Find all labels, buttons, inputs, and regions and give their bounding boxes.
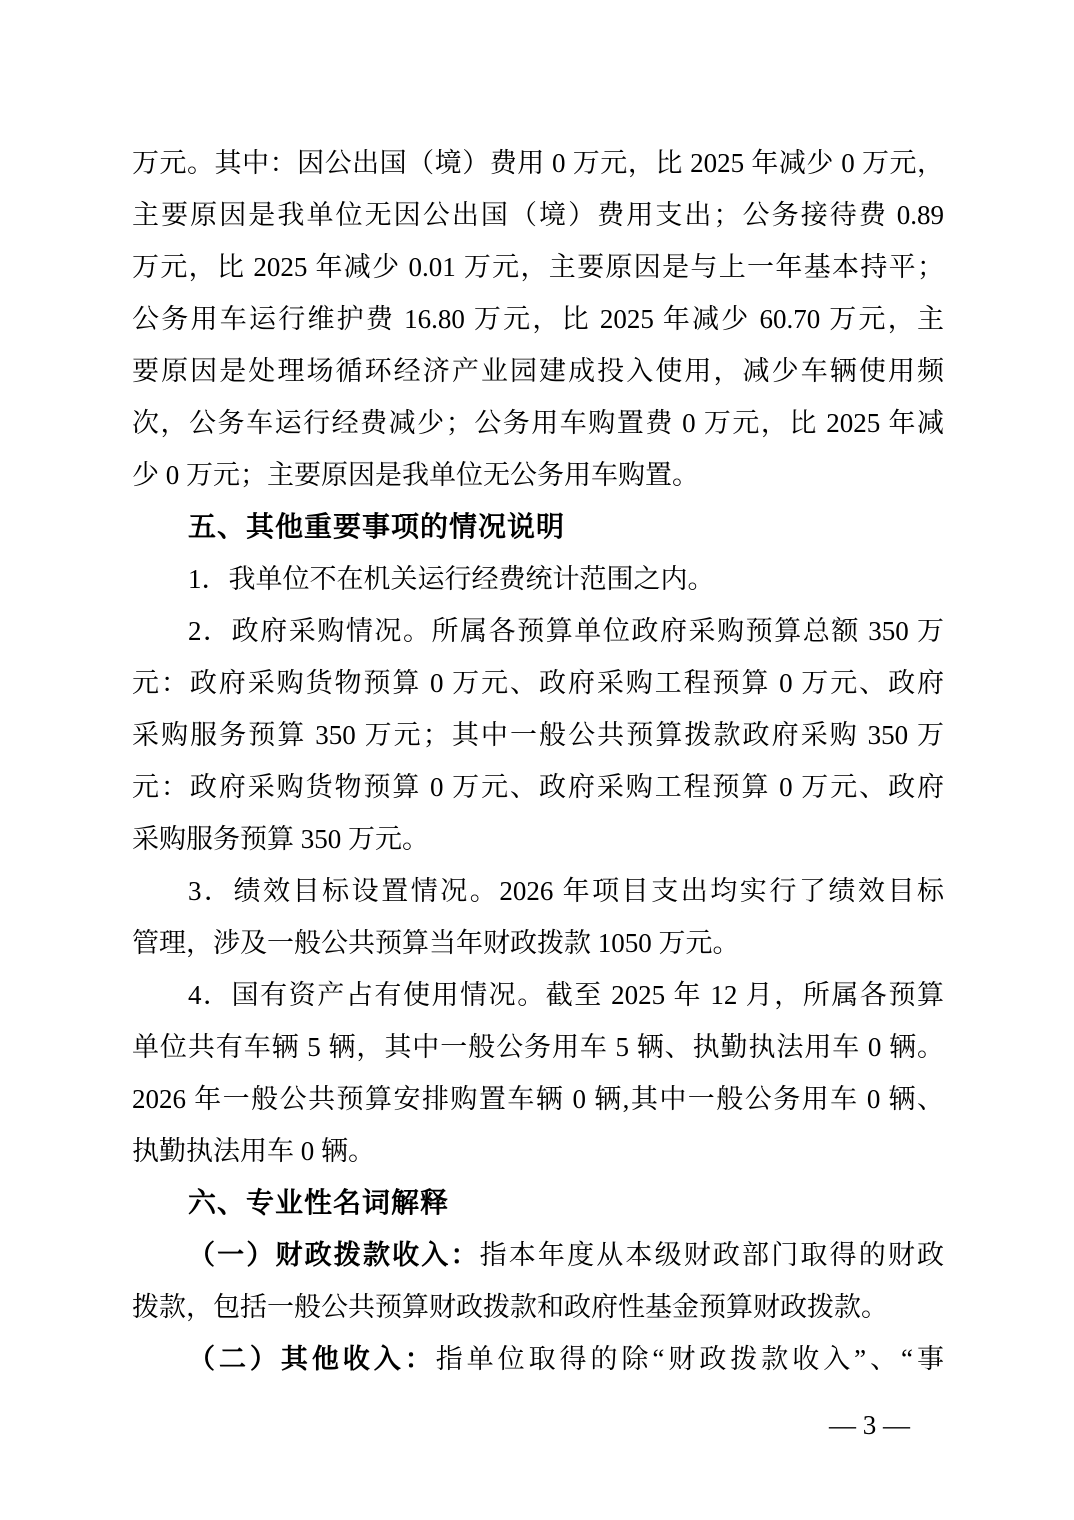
defined-term: （一）财政拨款收入：	[188, 1240, 480, 1270]
body-line-item-2: 2．政府采购情况。所属各预算单位政府采购预算总额 350 万	[132, 605, 944, 657]
body-line: 万元。其中：因公出国（境）费用 0 万元，比 2025 年减少 0 万元，	[132, 137, 944, 189]
body-line-definition-2: （二）其他收入：指单位取得的除“财政拨款收入”、“事	[132, 1333, 944, 1385]
body-line: 元：政府采购货物预算 0 万元、政府采购工程预算 0 万元、政府	[132, 761, 944, 813]
body-line: 元：政府采购货物预算 0 万元、政府采购工程预算 0 万元、政府	[132, 657, 944, 709]
body-line-definition-1: （一）财政拨款收入：指本年度从本级财政部门取得的财政	[132, 1229, 944, 1281]
body-line: 主要原因是我单位无因公出国（境）费用支出；公务接待费 0.89	[132, 189, 944, 241]
body-line: 执勤执法用车 0 辆。	[132, 1125, 944, 1177]
page-number: — 3 —	[829, 1412, 910, 1439]
body-line: 单位共有车辆 5 辆，其中一般公务用车 5 辆、执勤执法用车 0 辆。	[132, 1021, 944, 1073]
body-line: 采购服务预算 350 万元。	[132, 813, 944, 865]
definition-text: 指单位取得的除“财政拨款收入”、“事	[436, 1344, 944, 1374]
document-page: 万元。其中：因公出国（境）费用 0 万元，比 2025 年减少 0 万元， 主要…	[0, 0, 1074, 1520]
body-line: 要原因是处理场循环经济产业园建成投入使用，减少车辆使用频	[132, 345, 944, 397]
definition-text: 指本年度从本级财政部门取得的财政	[480, 1240, 944, 1270]
section-heading-other-important-items: 五、其他重要事项的情况说明	[132, 501, 944, 553]
body-line-item-4: 4．国有资产占有使用情况。截至 2025 年 12 月，所属各预算	[132, 969, 944, 1021]
body-line: 管理，涉及一般公共预算当年财政拨款 1050 万元。	[132, 917, 944, 969]
body-line: 采购服务预算 350 万元；其中一般公共预算拨款政府采购 350 万	[132, 709, 944, 761]
body-line: 2026 年一般公共预算安排购置车辆 0 辆,其中一般公务用车 0 辆、	[132, 1073, 944, 1125]
body-line: 万元，比 2025 年减少 0.01 万元，主要原因是与上一年基本持平；	[132, 241, 944, 293]
body-line: 拨款，包括一般公共预算财政拨款和政府性基金预算财政拨款。	[132, 1281, 944, 1333]
defined-term: （二）其他收入：	[188, 1344, 436, 1374]
section-heading-terminology: 六、专业性名词解释	[132, 1177, 944, 1229]
body-line: 次，公务车运行经费减少；公务用车购置费 0 万元，比 2025 年减	[132, 397, 944, 449]
document-body: 万元。其中：因公出国（境）费用 0 万元，比 2025 年减少 0 万元， 主要…	[132, 137, 944, 1385]
body-line-item-3: 3．绩效目标设置情况。2026 年项目支出均实行了绩效目标	[132, 865, 944, 917]
body-line: 少 0 万元；主要原因是我单位无公务用车购置。	[132, 449, 944, 501]
body-line: 公务用车运行维护费 16.80 万元，比 2025 年减少 60.70 万元，主	[132, 293, 944, 345]
body-line-item-1: 1．我单位不在机关运行经费统计范围之内。	[132, 553, 944, 605]
